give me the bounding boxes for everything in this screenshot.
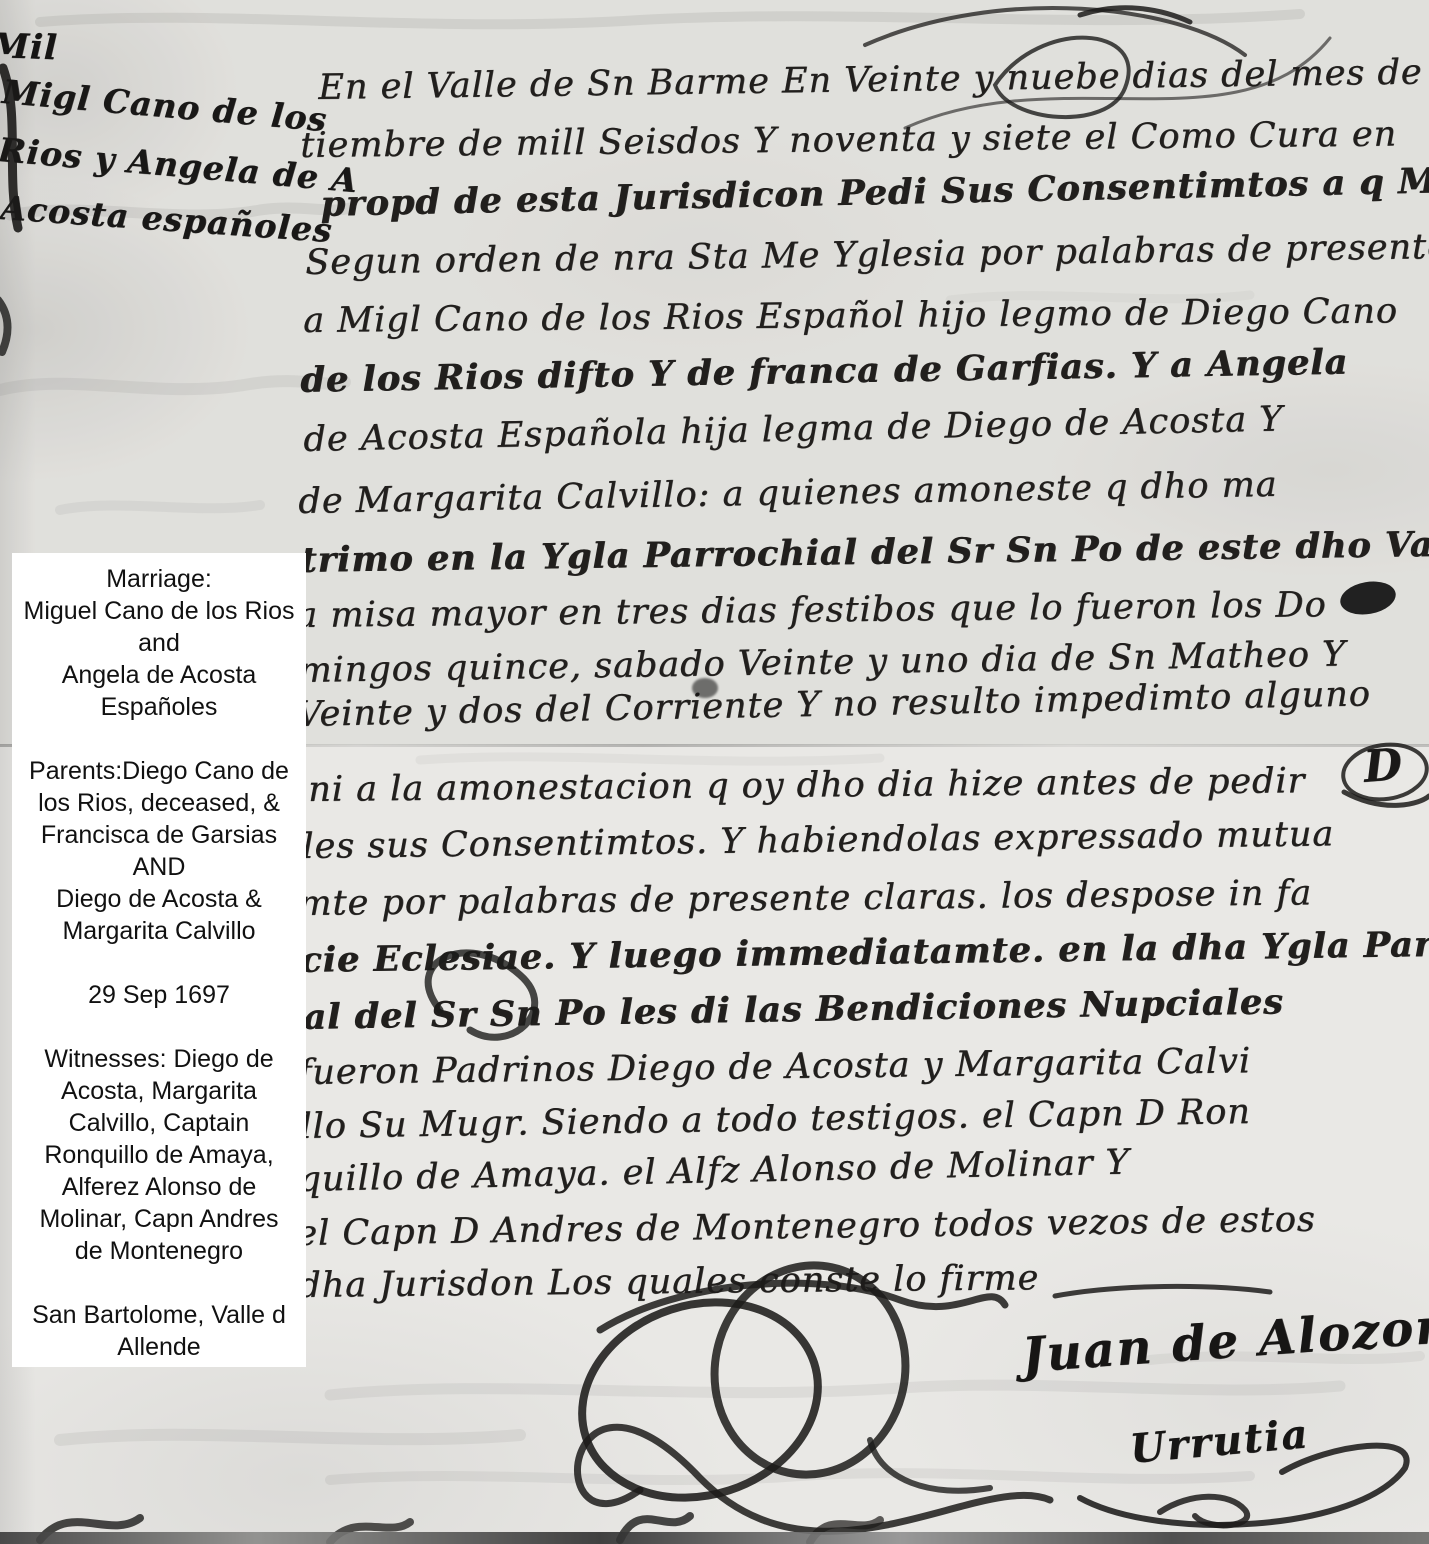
annotation-card: Marriage: Miguel Cano de los Rios and An… [12, 553, 306, 1367]
card-place-section: San Bartolome, Valle d Allende [16, 1299, 302, 1363]
manuscript-scan-page: Mil Migl Cano de los Rios y Angela de A … [0, 0, 1429, 1544]
scan-bottom-edge-band [0, 1532, 1429, 1544]
card-witnesses-section: Witnesses: Diego de Acosta, Margarita Ca… [16, 1043, 302, 1267]
card-date-section: 29 Sep 1697 [16, 979, 302, 1011]
card-marriage-section: Marriage: Miguel Cano de los Rios and An… [16, 563, 302, 723]
card-parents-section: Parents:Diego Cano de los Rios, deceased… [16, 755, 302, 947]
